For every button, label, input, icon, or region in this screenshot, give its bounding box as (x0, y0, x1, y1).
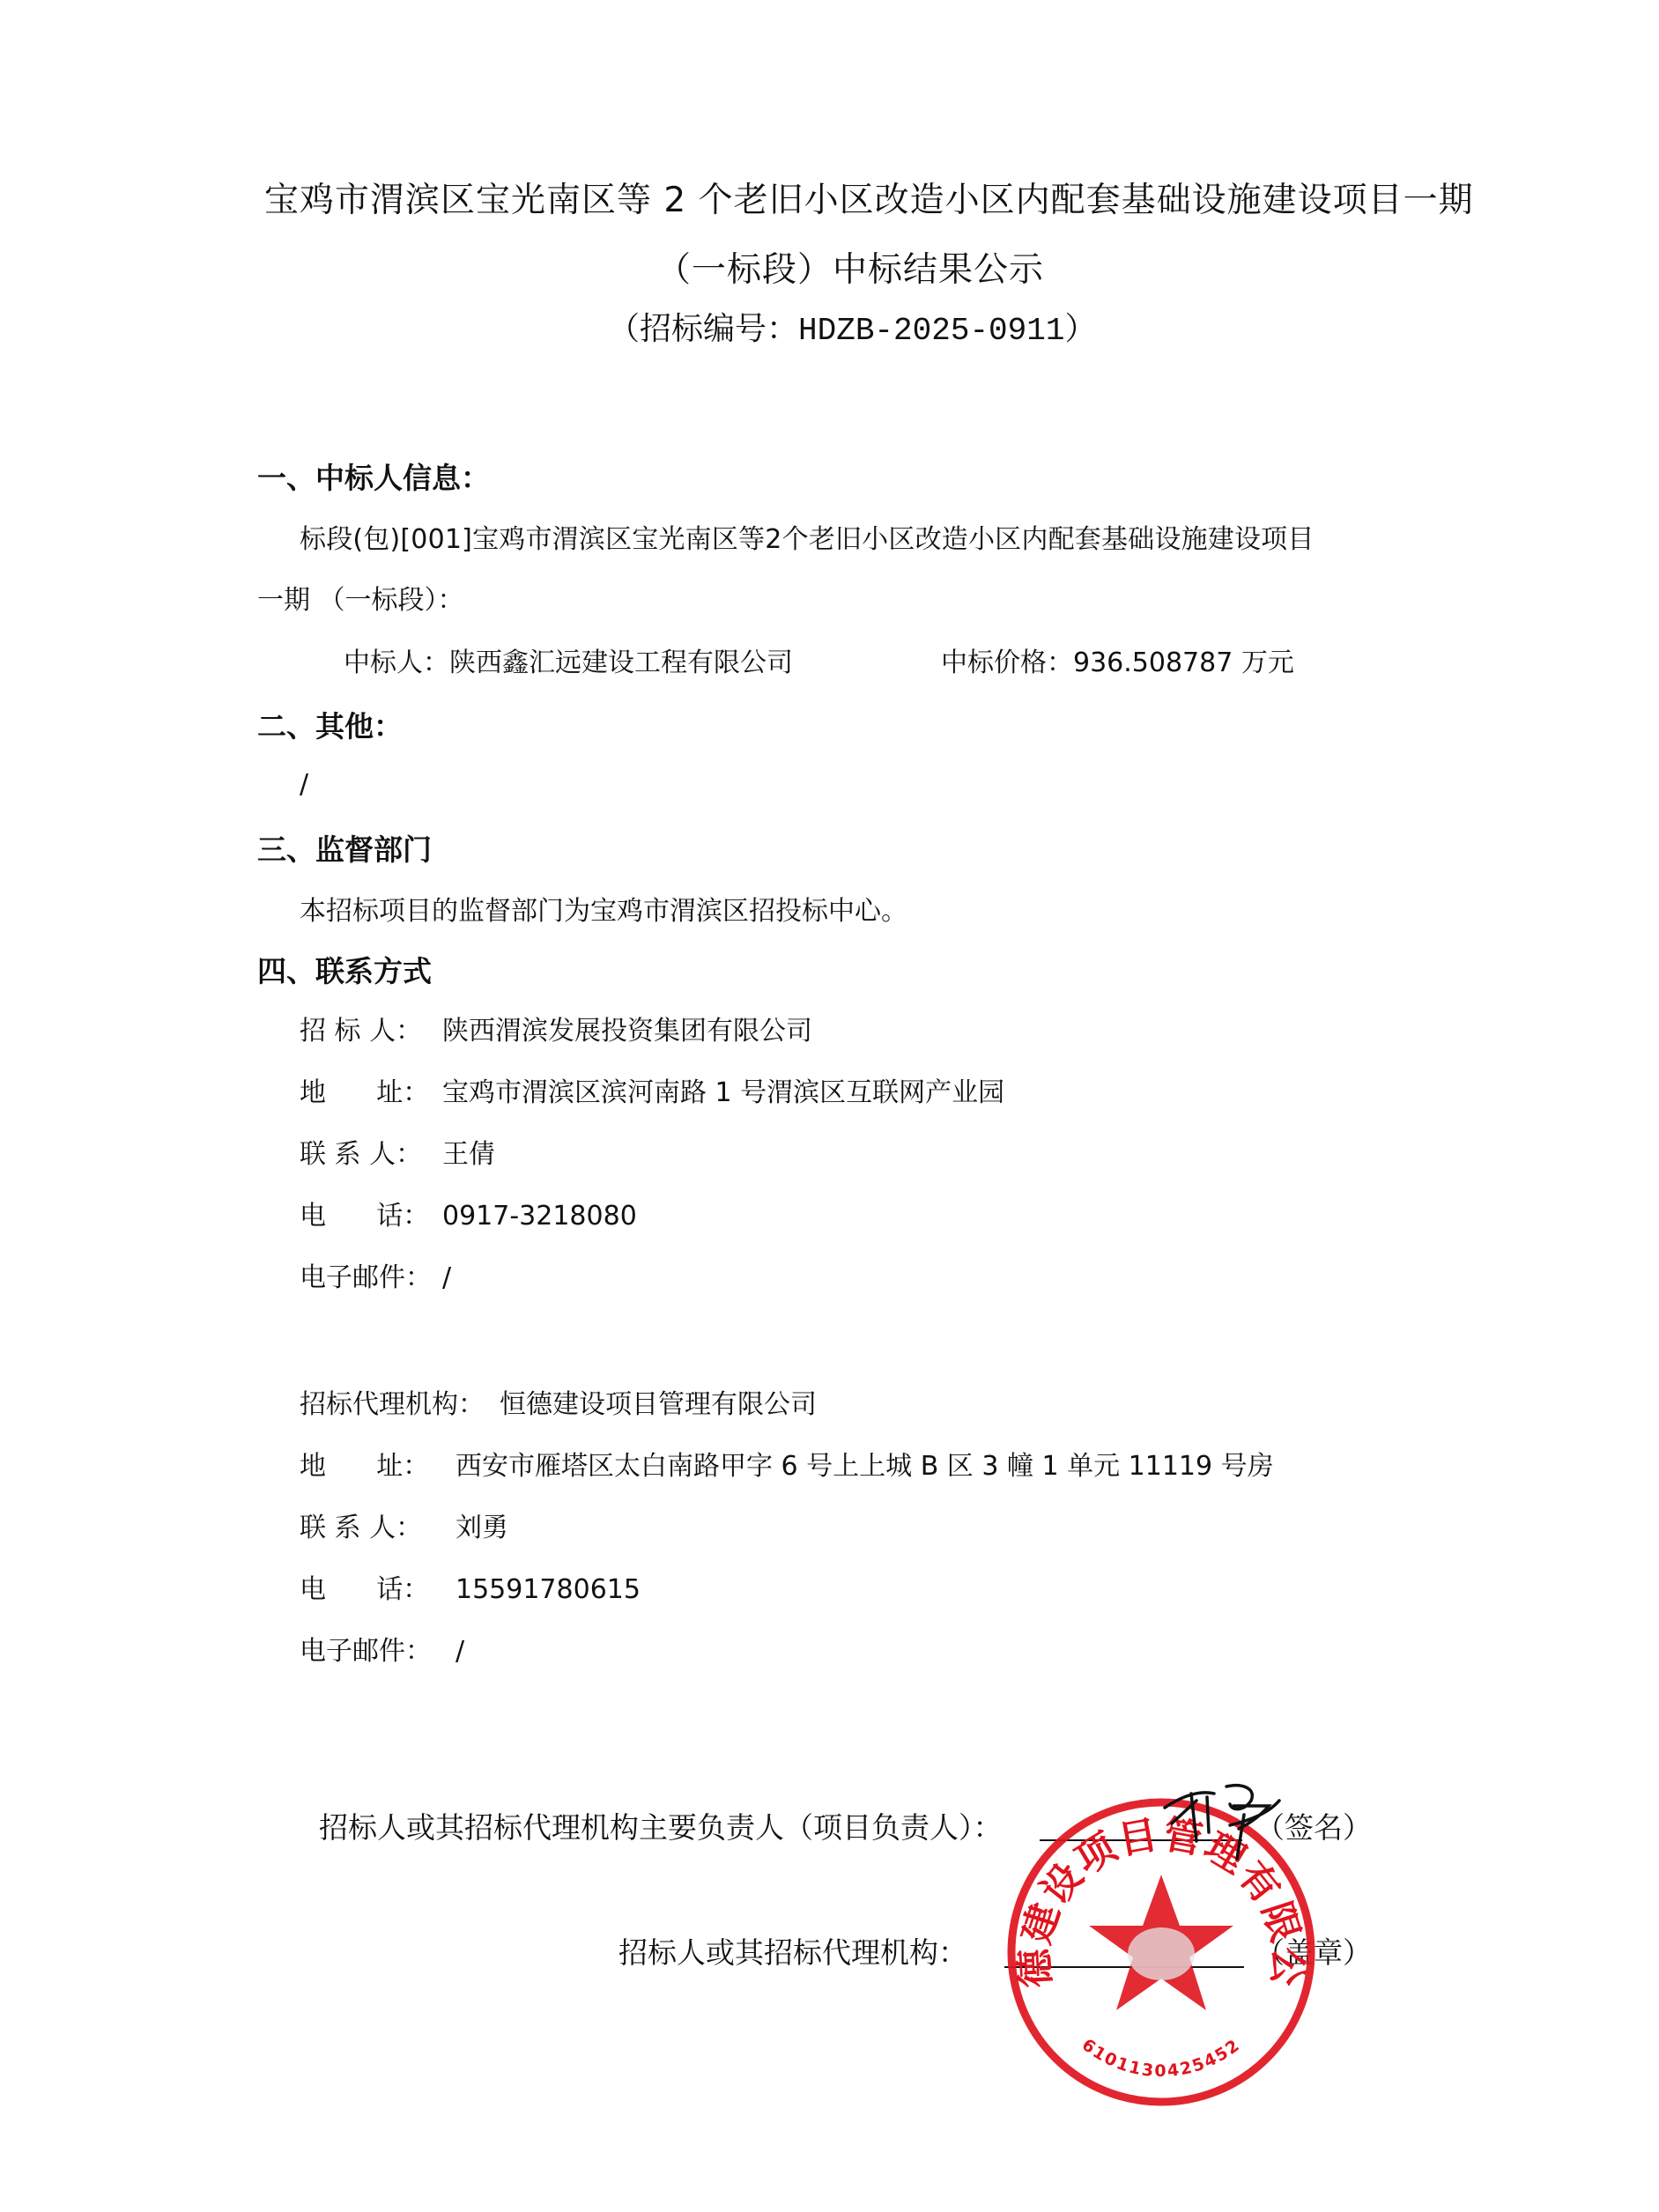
agency-address-value: 西安市雁塔区太白南路甲字 6 号上上城 B 区 3 幢 1 单元 11119 号… (455, 1451, 1274, 1482)
tender-code: HDZB-2025-0911 (798, 313, 1064, 349)
lot-description-line-2: 一期 （一标段）： (257, 588, 464, 614)
lot-description-line-1: 标段(包)[001]宝鸡市渭滨区宝光南区等2个老旧小区改造小区内配套基础设施建设… (300, 527, 1315, 553)
tenderer-contact-value: 王倩 (442, 1139, 495, 1170)
tenderer-value: 陕西渭滨发展投资集团有限公司 (442, 1016, 812, 1047)
tenderer-phone-label: 电 话： (300, 1203, 442, 1230)
agency-contact-label: 联 系 人： (300, 1515, 455, 1542)
tenderer-label: 招 标 人： (300, 1018, 442, 1045)
tenderer-email-value: / (442, 1262, 451, 1293)
price-label: 中标价格： (941, 647, 1073, 678)
title-tender-code: （招标编号：HDZB-2025-0911） (608, 314, 1096, 347)
section-2-heading: 二、其他： (257, 712, 403, 741)
agency-email-value: / (455, 1636, 464, 1667)
price-value: 936.508787 (1073, 647, 1233, 678)
agency-email-label: 电子邮件： (300, 1639, 455, 1665)
section-2-content: / (300, 772, 308, 798)
agency-address-row: 地 址：西安市雁塔区太白南路甲字 6 号上上城 B 区 3 幢 1 单元 111… (300, 1454, 1274, 1480)
agency-phone-label: 电 话： (300, 1577, 455, 1603)
section-3-heading: 三、监督部门 (257, 835, 432, 864)
tenderer-address-label: 地 址： (300, 1080, 442, 1106)
seal-label: 招标人或其招标代理机构： (618, 1938, 967, 1967)
tenderer-phone-row: 电 话：0917-3218080 (300, 1203, 637, 1230)
title-line-1: 宝鸡市渭滨区宝光南区等 2 个老旧小区改造小区内配套基础设施建设项目一期 (264, 183, 1474, 218)
tenderer-contact-row: 联 系 人：王倩 (300, 1142, 495, 1168)
title-line-2: （一标段）中标结果公示 (656, 253, 1044, 287)
agency-contact-row: 联 系 人：刘勇 (300, 1515, 508, 1542)
agency-value: 恒德建设项目管理有限公司 (500, 1389, 817, 1420)
tenderer-contact-label: 联 系 人： (300, 1142, 442, 1168)
agency-label: 招标代理机构： (300, 1392, 500, 1418)
signature-label: 招标人或其招标代理机构主要负责人（项目负责人）： (319, 1813, 1003, 1842)
agency-email-row: 电子邮件：/ (300, 1639, 464, 1665)
section-4-heading: 四、联系方式 (257, 957, 432, 986)
tenderer-email-label: 电子邮件： (300, 1265, 442, 1291)
svg-text:6101130425452: 6101130425452 (1078, 2035, 1245, 2081)
agency-address-label: 地 址： (300, 1454, 455, 1480)
agency-row: 招标代理机构：恒德建设项目管理有限公司 (300, 1392, 817, 1418)
handwritten-signature (1145, 1771, 1304, 1868)
tender-code-suffix: ） (1064, 311, 1096, 347)
tenderer-address-value: 宝鸡市渭滨区滨河南路 1 号渭滨区互联网产业园 (442, 1077, 1004, 1108)
winner-name: 陕西鑫汇远建设工程有限公司 (449, 647, 793, 678)
agency-phone-value: 15591780615 (455, 1574, 641, 1605)
agency-phone-row: 电 话：15591780615 (300, 1577, 641, 1603)
winner-row: 中标人：陕西鑫汇远建设工程有限公司 (344, 650, 793, 677)
agency-contact-value: 刘勇 (455, 1513, 508, 1543)
tenderer-phone-value: 0917-3218080 (442, 1201, 637, 1232)
stamp-number-text: 6101130425452 (1078, 2035, 1245, 2081)
supervision-text: 本招标项目的监督部门为宝鸡市渭滨区招投标中心。 (300, 899, 907, 925)
tenderer-address-row: 地 址：宝鸡市渭滨区滨河南路 1 号渭滨区互联网产业园 (300, 1080, 1004, 1106)
price-unit: 万元 (1241, 647, 1294, 678)
tenderer-email-row: 电子邮件：/ (300, 1265, 451, 1291)
tenderer-row: 招 标 人：陕西渭滨发展投资集团有限公司 (300, 1018, 812, 1045)
tender-code-prefix: （招标编号： (608, 311, 798, 347)
price-row: 中标价格：936.508787 万元 (941, 650, 1294, 677)
section-1-heading: 一、中标人信息： (257, 463, 490, 492)
winner-label: 中标人： (344, 647, 449, 678)
